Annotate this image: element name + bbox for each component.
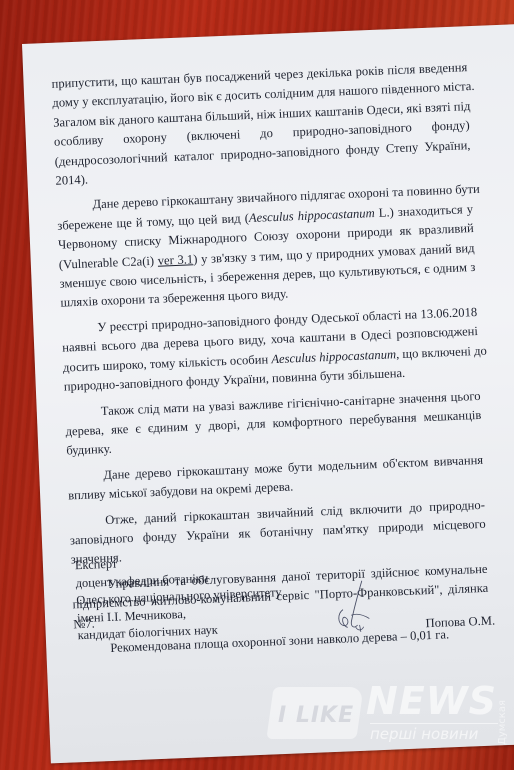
species-name-italic: Aesculus hippocastanum <box>271 347 396 366</box>
signer-name: Попова О.М. <box>425 613 495 631</box>
version-underlined: ver 3.1 <box>157 252 193 267</box>
handwritten-signature-icon <box>332 578 376 634</box>
watermark-divider <box>370 723 498 724</box>
signature-block: Експерт доцент кафедри ботаніки Одеськог… <box>75 549 284 645</box>
side-credit-watermark: Думская <box>497 700 508 745</box>
news-watermark: I LIKE NEWS перші новини <box>270 687 510 747</box>
watermark-tagline: перші новини <box>370 725 478 743</box>
document-page: припустити, що каштан був посаджений чер… <box>22 23 514 763</box>
watermark-prefix: I LIKE <box>278 703 354 728</box>
paragraph-red-list: Дане дерево гіркокаштану звичайного підл… <box>56 180 476 313</box>
watermark-brand: NEWS <box>366 679 497 723</box>
species-name-italic: Aesculus hippocastanum <box>249 206 375 225</box>
paragraph-age-context: припустити, що каштан був посаджений чер… <box>51 58 471 191</box>
